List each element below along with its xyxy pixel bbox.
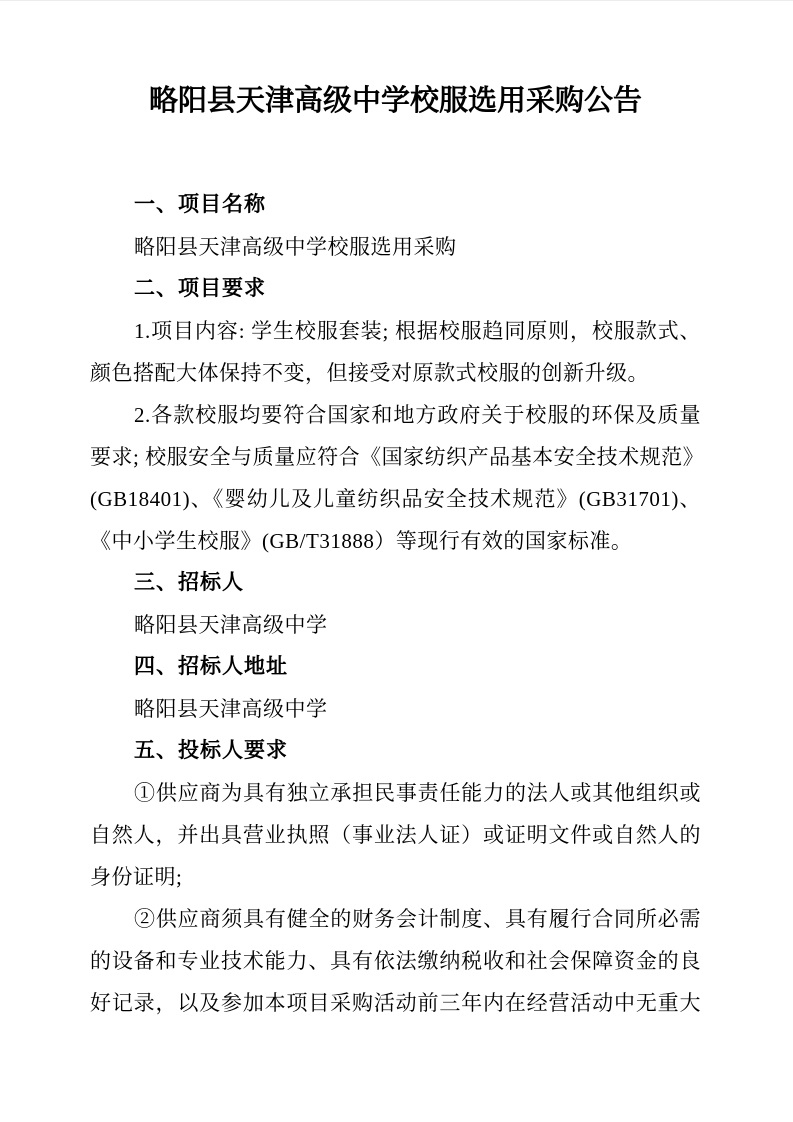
text-line: 颜色搭配大体保持不变，但接受对原款式校服的创新升级。	[90, 352, 701, 394]
text-line: 略阳县天津高级中学	[90, 688, 701, 730]
text-line: 身份证明;	[90, 856, 701, 898]
document-page: 略阳县天津高级中学校服选用采购公告 一、项目名称略阳县天津高级中学校服选用采购二…	[0, 0, 793, 1122]
text-line: ①供应商为具有独立承担民事责任能力的法人或其他组织或	[90, 772, 701, 814]
section-heading: 三、招标人	[90, 562, 701, 604]
text-line: 好记录，以及参加本项目采购活动前三年内在经营活动中无重大	[90, 982, 701, 1024]
section-heading: 二、项目要求	[90, 268, 701, 310]
text-line: 略阳县天津高级中学校服选用采购	[90, 226, 701, 268]
document-body: 一、项目名称略阳县天津高级中学校服选用采购二、项目要求1.项目内容: 学生校服套…	[90, 184, 701, 1024]
text-line: 要求; 校服安全与质量应符合《国家纺织产品基本安全技术规范》	[90, 436, 701, 478]
section-heading: 五、投标人要求	[90, 730, 701, 772]
text-line: 2.各款校服均要符合国家和地方政府关于校服的环保及质量	[90, 394, 701, 436]
text-line: 1.项目内容: 学生校服套装; 根据校服趋同原则，校服款式、	[90, 310, 701, 352]
text-line: 《中小学生校服》(GB/T31888）等现行有效的国家标准。	[90, 520, 701, 562]
text-line: 自然人，并出具营业执照（事业法人证）或证明文件或自然人的	[90, 814, 701, 856]
text-line: (GB18401)、《婴幼儿及儿童纺织品安全技术规范》(GB31701)、	[90, 478, 701, 520]
document-title: 略阳县天津高级中学校服选用采购公告	[90, 79, 701, 123]
section-heading: 四、招标人地址	[90, 646, 701, 688]
section-heading: 一、项目名称	[90, 184, 701, 226]
text-line: ②供应商须具有健全的财务会计制度、具有履行合同所必需	[90, 898, 701, 940]
text-line: 的设备和专业技术能力、具有依法缴纳税收和社会保障资金的良	[90, 940, 701, 982]
text-line: 略阳县天津高级中学	[90, 604, 701, 646]
